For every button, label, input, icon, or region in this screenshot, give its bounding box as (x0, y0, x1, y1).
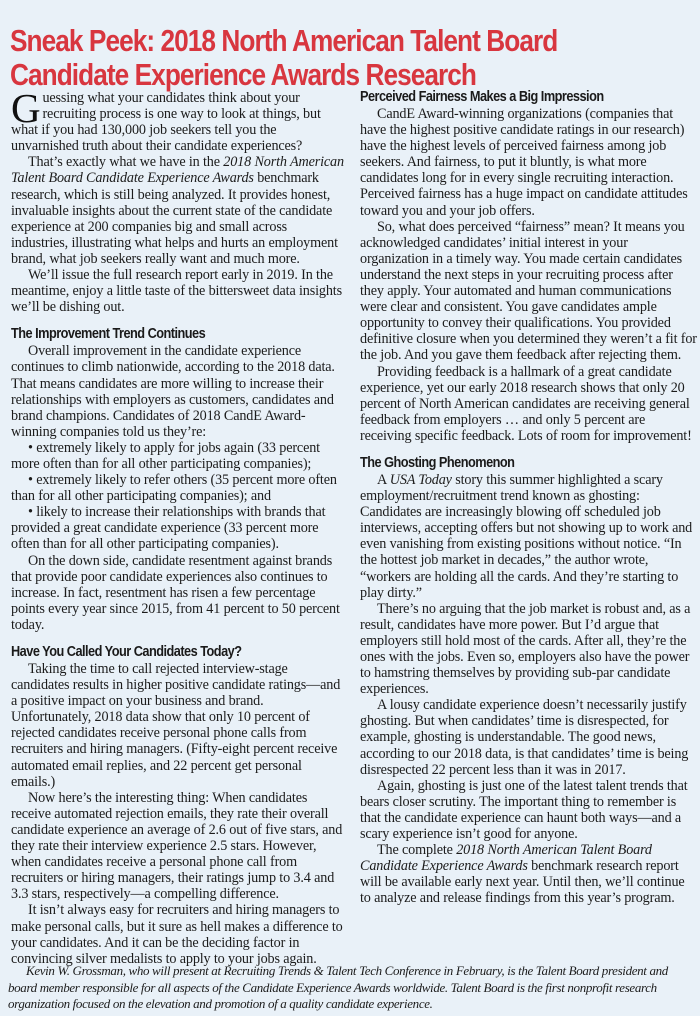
intro-paragraph-2: That’s exactly what we have in the 2018 … (11, 154, 346, 267)
called-paragraph-3: It isn’t always easy for recruiters and … (11, 902, 346, 966)
bullet-item: • extremely likely to apply for jobs aga… (11, 440, 346, 472)
bullet-item: • likely to increase their relationships… (11, 504, 346, 552)
drop-cap: G (11, 90, 40, 123)
usa-today-italic: USA Today (390, 472, 452, 488)
called-paragraph-1: Taking the time to call rejected intervi… (11, 661, 346, 790)
author-bio: Kevin W. Grossman, who will present at R… (8, 963, 696, 1013)
heading-perceived-fairness: Perceived Fairness Makes a Big Impressio… (360, 88, 657, 106)
heading-ghosting-phenomenon: The Ghosting Phenomenon (360, 454, 657, 472)
improvement-paragraph-1: Overall improvement in the candidate exp… (11, 343, 346, 440)
article-page: Sneak Peek: 2018 North American Talent B… (0, 0, 700, 1016)
bullet-item: • extremely likely to refer others (35 p… (11, 472, 346, 504)
intro-paragraph-1: Guessing what your candidates think abou… (11, 90, 346, 154)
heading-improvement-trend: The Improvement Trend Continues (11, 325, 306, 343)
ghosting-paragraph-4: Again, ghosting is just one of the lates… (360, 778, 698, 842)
left-column: Guessing what your candidates think abou… (11, 90, 346, 967)
ghosting-paragraph-2: There’s no arguing that the job market i… (360, 601, 698, 698)
ghosting-paragraph-3: A lousy candidate experience doesn’t nec… (360, 697, 698, 777)
heading-called-candidates: Have You Called Your Candidates Today? (11, 643, 306, 661)
title-line-1: Sneak Peek: 2018 North American Talent B… (10, 24, 557, 58)
fairness-paragraph-3: Providing feedback is a hallmark of a gr… (360, 364, 698, 444)
called-paragraph-2: Now here’s the interesting thing: When c… (11, 790, 346, 903)
ghosting-paragraph-5: The complete 2018 North American Talent … (360, 842, 698, 906)
ghosting-paragraph-1: A USA Today story this summer highlighte… (360, 472, 698, 601)
fairness-paragraph-2: So, what does perceived “fairness” mean?… (360, 219, 698, 364)
article-title: Sneak Peek: 2018 North American Talent B… (10, 24, 603, 92)
intro-paragraph-3: We’ll issue the full research report ear… (11, 267, 346, 315)
fairness-paragraph-1: CandE Award-winning organizations (compa… (360, 106, 698, 219)
author-bio-text: Kevin W. Grossman, who will present at R… (8, 963, 696, 1013)
improvement-paragraph-2: On the down side, candidate resentment a… (11, 553, 346, 633)
right-column: Perceived Fairness Makes a Big Impressio… (360, 88, 698, 907)
